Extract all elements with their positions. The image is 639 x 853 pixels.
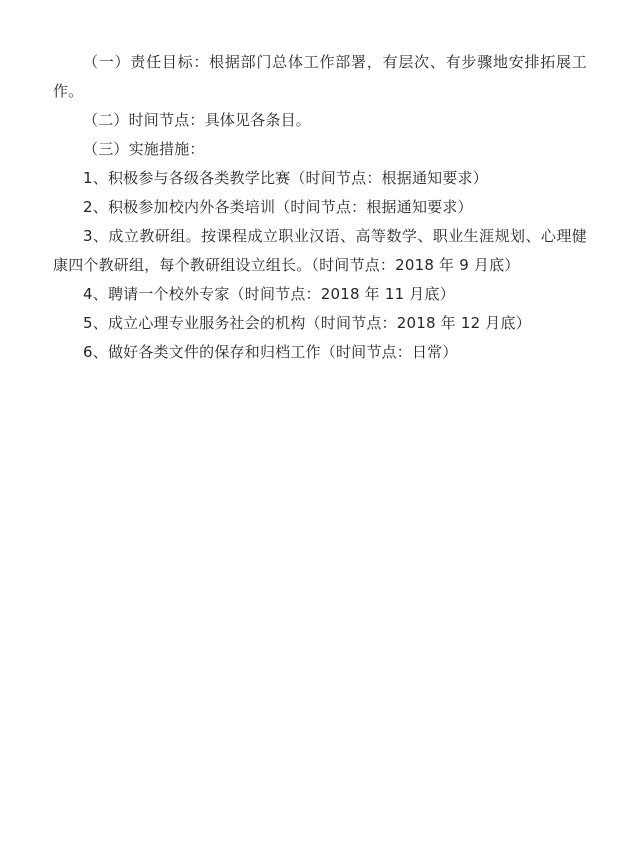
heading-responsibility-goal: （一）责任目标：根据部门总体工作部署，有层次、有步骤地安排拓展工作。	[53, 48, 587, 106]
heading-time-node: （二）时间节点：具体见各条目。	[53, 106, 587, 135]
measure-item-3: 3、成立教研组。按课程成立职业汉语、高等数学、职业生涯规划、心理健康四个教研组，…	[53, 222, 587, 280]
measure-item-2: 2、积极参加校内外各类培训（时间节点：根据通知要求）	[53, 193, 587, 222]
heading-implementation-measures: （三）实施措施：	[53, 135, 587, 164]
document-page: （一）责任目标：根据部门总体工作部署，有层次、有步骤地安排拓展工作。 （二）时间…	[0, 0, 639, 853]
measure-item-1: 1、积极参与各级各类教学比赛（时间节点：根据通知要求）	[53, 164, 587, 193]
measure-item-4: 4、聘请一个校外专家（时间节点：2018 年 11 月底）	[53, 280, 587, 309]
document-body: （一）责任目标：根据部门总体工作部署，有层次、有步骤地安排拓展工作。 （二）时间…	[53, 48, 587, 367]
measure-item-5: 5、成立心理专业服务社会的机构（时间节点：2018 年 12 月底）	[53, 309, 587, 338]
measure-item-6: 6、做好各类文件的保存和归档工作（时间节点：日常）	[53, 338, 587, 367]
